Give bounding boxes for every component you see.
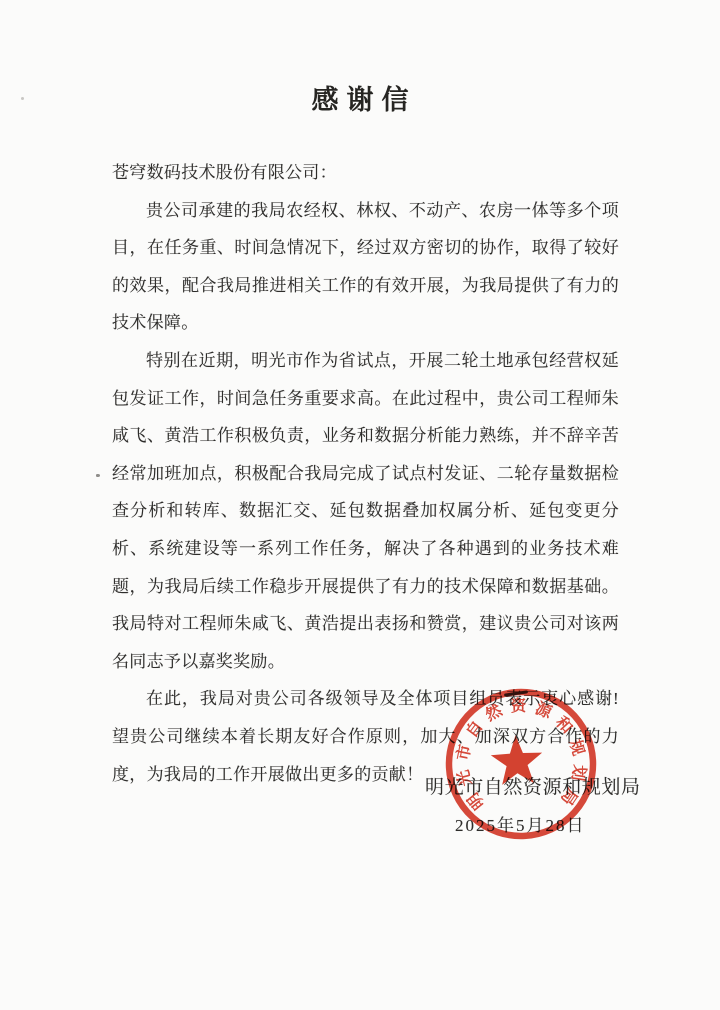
scan-artifact	[96, 474, 100, 477]
letter-title: 感谢信	[0, 78, 720, 117]
star-icon	[490, 734, 544, 785]
official-seal: 明光市自然资源和规划局	[437, 680, 605, 848]
salutation: 苍穹数码技术股份有限公司：	[112, 154, 619, 192]
paragraph-1: 贵公司承建的我局农经权、林权、不动产、农房一体等多个项目，在任务重、时间急情况下…	[112, 192, 619, 342]
paragraph-2: 特别在近期，明光市作为省试点，开展二轮土地承包经营权延包发证工作，时间急任务重要…	[112, 342, 619, 680]
letter-page: 感谢信 苍穹数码技术股份有限公司： 贵公司承建的我局农经权、林权、不动产、农房一…	[0, 0, 720, 1010]
